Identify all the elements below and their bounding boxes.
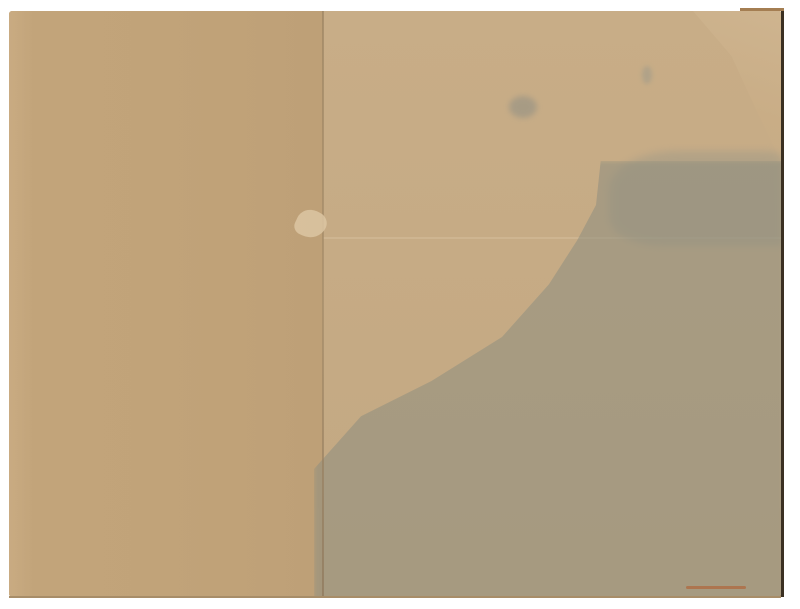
vertical-fold-line [322, 11, 324, 596]
paper-bottom-edge [9, 596, 781, 598]
dark-spot [509, 96, 537, 118]
paper-left-panel [9, 11, 323, 596]
small-spot [642, 66, 652, 84]
photo-canvas [0, 0, 800, 609]
paper-sheet [9, 11, 781, 596]
paper-top-edge [740, 8, 784, 11]
paper-right-edge [781, 9, 784, 597]
red-mark [686, 586, 746, 589]
